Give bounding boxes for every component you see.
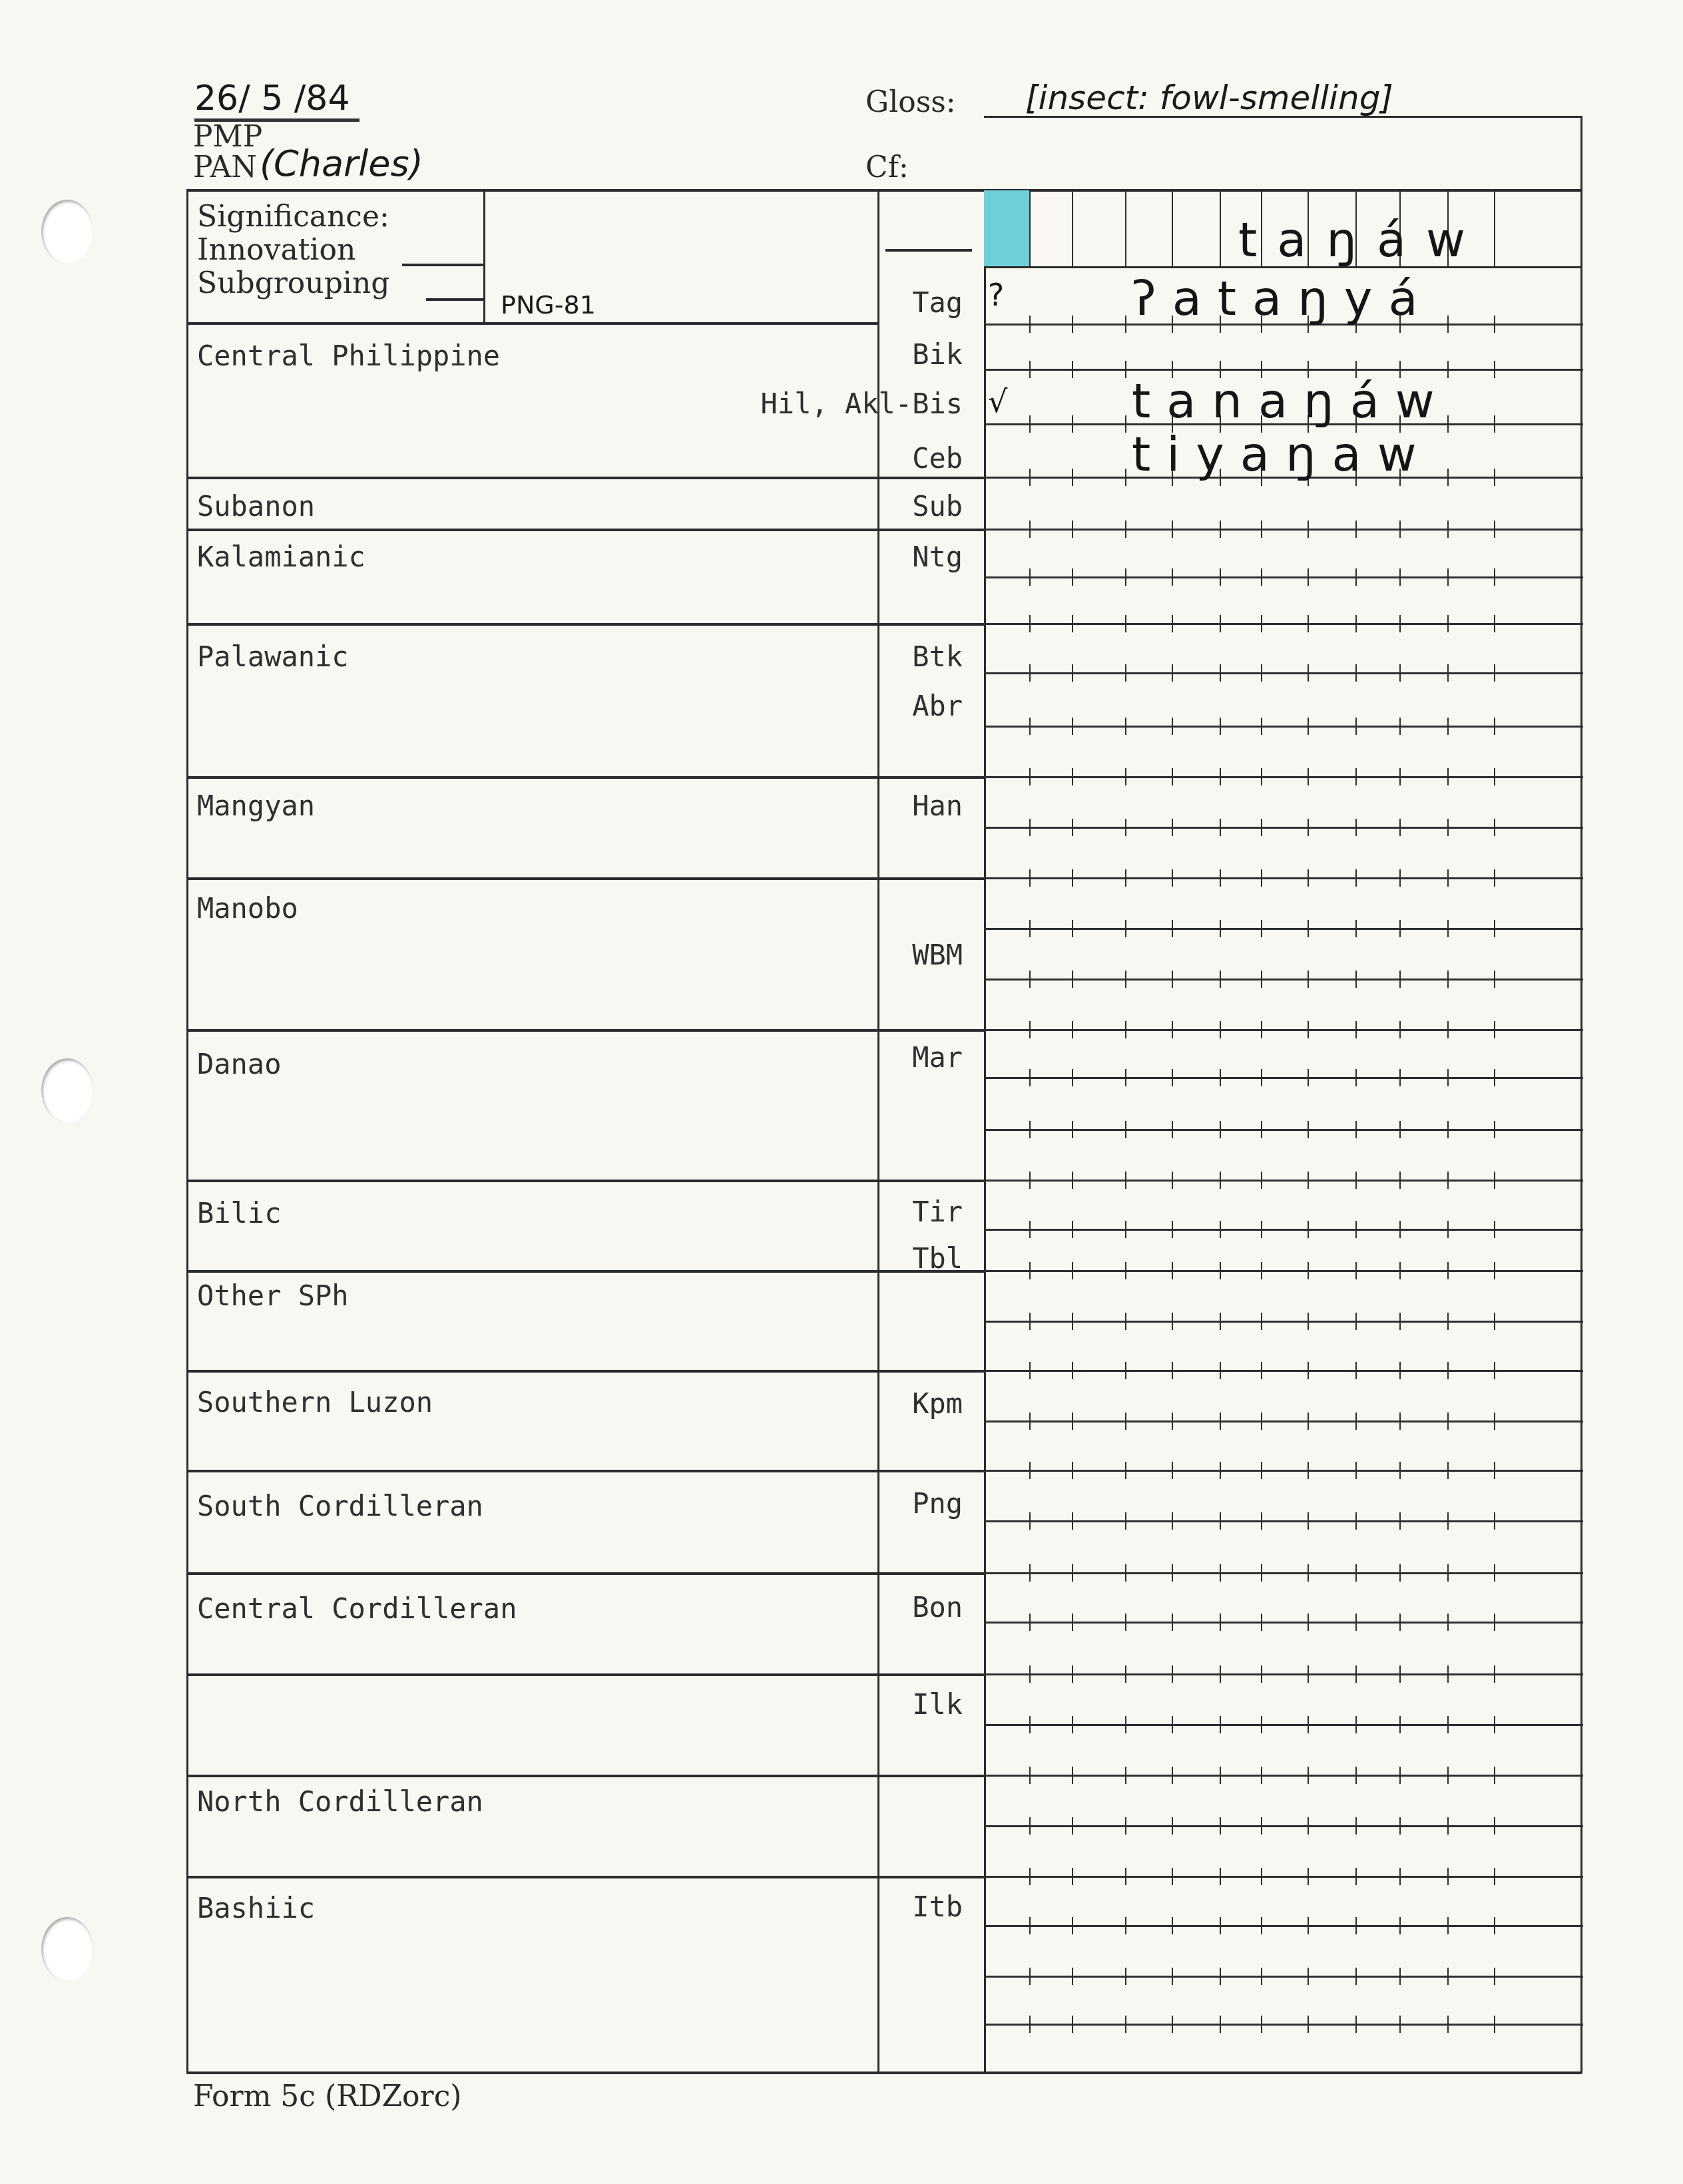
letter-tick [1261,1121,1262,1138]
letter-tick [1125,1362,1126,1379]
group-north-cordilleran: North Cordilleran [197,1785,483,1818]
letter-tick [1029,920,1031,937]
letter-tick [1399,1462,1401,1479]
letter-tick [1125,768,1126,785]
reconstruction-highlight-cell [984,190,1029,268]
letter-tick [1172,1817,1173,1835]
writing-line [984,1520,1583,1522]
letter-tick [1072,568,1073,586]
letter-tick [1125,1917,1126,1934]
letter-tick [1029,1564,1031,1582]
letter-tick [1308,1716,1309,1733]
letter-tick [1125,615,1126,632]
letter-tick [1029,1868,1031,1885]
letter-tick [1172,718,1173,735]
group-southern-luzon: Southern Luzon [197,1386,433,1419]
letter-tick [1172,2016,1173,2033]
letter-tick [1072,1665,1073,1683]
letter-tick [1125,920,1126,937]
letter-tick [1220,1917,1221,1934]
code-tir: Tir [843,1196,963,1228]
letter-tick [1399,971,1401,988]
group-kalamianic: Kalamianic [197,541,365,573]
letter-tick [1447,568,1449,586]
letter-tick [1072,1917,1073,1934]
letter-tick [1308,1069,1309,1086]
reconstruction-cell-divider [1172,190,1173,268]
letter-tick [1447,718,1449,735]
gloss-box-right [1580,116,1582,190]
letter-tick [1220,1564,1221,1582]
letter-tick [1125,415,1126,433]
writing-line [984,1622,1583,1624]
pan-note: (Charles) [260,142,423,184]
letter-tick [1125,1021,1126,1038]
letter-tick [1447,920,1449,937]
code-wbm: WBM [843,939,963,971]
writing-line [984,1470,1583,1472]
letter-tick [1072,1413,1073,1430]
letter-tick [1447,1069,1449,1086]
writing-line [984,1925,1583,1927]
letter-tick [1029,1069,1031,1086]
letter-tick [1447,869,1449,887]
writing-line [984,827,1583,829]
writing-line [984,576,1583,578]
group-divider [186,1470,985,1472]
gloss-value: [insect: fowl-smelling] [1025,79,1393,117]
gloss-underline [984,116,1582,118]
letter-tick [1029,361,1031,378]
letter-tick [1308,1021,1309,1038]
letter-tick [1125,2016,1126,2033]
letter-tick [1220,1313,1221,1330]
letter-tick [1029,664,1031,682]
letter-tick [1172,615,1173,632]
letter-tick [1125,469,1126,486]
form-right-border [1580,189,1582,2073]
letter-tick [1220,920,1221,937]
letter-tick [1399,1564,1401,1582]
group-divider [186,529,985,531]
letter-tick [1261,869,1262,887]
letter-tick [1399,1665,1401,1683]
letter-tick [1494,1069,1495,1086]
code-bon: Bon [843,1591,963,1624]
letter-tick [1172,1172,1173,1189]
writing-line [984,726,1583,728]
letter-tick [1308,615,1309,632]
letter-tick [1494,316,1495,333]
letter-tick [1125,1665,1126,1683]
letter-tick [1220,1021,1221,1038]
letter-tick [1172,1665,1173,1683]
letter-tick [1261,568,1262,586]
letter-tick [1261,1313,1262,1330]
letter-tick [1399,920,1401,937]
significance-divider [483,189,485,324]
letter-tick [1072,521,1073,538]
letter-tick [1072,1614,1073,1631]
letter-tick [1355,2016,1357,2033]
letter-tick [1447,1917,1449,1934]
gloss-label: Gloss: [865,85,956,119]
letter-tick [1220,1121,1221,1138]
letter-tick [1355,1172,1357,1189]
group-divider [186,1876,985,1878]
letter-tick [1172,1413,1173,1430]
letter-tick [1261,1817,1262,1835]
letter-tick [1399,1968,1401,1985]
group-divider [186,1673,985,1676]
letter-tick [1355,718,1357,735]
letter-tick [1494,1413,1495,1430]
letter-tick [1029,568,1031,586]
letter-tick [1261,1021,1262,1038]
letter-tick [1220,768,1221,785]
pan-label: PAN [193,150,257,184]
letter-tick [1308,1817,1309,1835]
letter-tick [1308,1121,1309,1138]
letter-tick [1172,1716,1173,1733]
letter-tick [1308,1767,1309,1784]
letter-tick [1072,1462,1073,1479]
letter-tick [1399,1917,1401,1934]
reconstruction-cell-divider [1220,190,1221,268]
letter-tick [1172,521,1173,538]
writing-line [984,877,1583,879]
letter-tick [1029,469,1031,486]
letter-tick [1308,1614,1309,1631]
code-grid-divider [984,189,986,2073]
letter-tick [1261,521,1262,538]
group-bilic: Bilic [197,1197,281,1229]
letter-tick [1447,469,1449,486]
letter-tick [1494,1716,1495,1733]
form-top-border [186,189,1582,192]
letter-tick [1355,1413,1357,1430]
letter-tick [1172,1968,1173,1985]
letter-tick [1494,1313,1495,1330]
letter-tick [1172,1121,1173,1138]
code-kpm: Kpm [843,1387,963,1420]
group-divider [186,1029,985,1032]
letter-tick [1399,568,1401,586]
form-left-border [186,189,188,2073]
group-divider [186,877,985,880]
letter-tick [1072,718,1073,735]
letter-tick [1172,1767,1173,1784]
letter-tick [1355,1614,1357,1631]
writing-line [984,1270,1583,1272]
letter-tick [1494,869,1495,887]
code-hil-akl-bis: Hil, Akl-Bis [710,387,963,420]
entry-tag-mark: ? [988,277,1004,313]
letter-tick [1029,2016,1031,2033]
letter-tick [1494,521,1495,538]
letter-tick [1447,521,1449,538]
letter-tick [1447,1121,1449,1138]
writing-line [984,979,1583,981]
letter-tick [1494,415,1495,433]
reconstruction-cell-divider [1029,190,1031,268]
letter-tick [1029,1462,1031,1479]
cf-label: Cf: [865,150,909,184]
letter-tick [1261,1462,1262,1479]
letter-tick [1447,768,1449,785]
entry-hil-mark: √ [988,383,1007,419]
letter-tick [1308,1413,1309,1430]
letter-tick [1308,971,1309,988]
letter-tick [1261,718,1262,735]
date: 26/ 5 /84 [194,79,360,122]
letter-tick [1355,1968,1357,1985]
letter-tick [1494,718,1495,735]
letter-tick [1399,1313,1401,1330]
letter-tick [1308,819,1309,836]
letter-tick [1125,1172,1126,1189]
letter-tick [1355,1817,1357,1835]
letter-tick [1072,768,1073,785]
letter-tick [1172,920,1173,937]
letter-tick [1308,1917,1309,1934]
letter-tick [1447,1221,1449,1238]
letter-tick [1029,615,1031,632]
letter-tick [1172,971,1173,988]
letter-tick [1029,1262,1031,1279]
letter-tick [1447,1021,1449,1038]
letter-tick [1447,615,1449,632]
letter-tick [1072,1564,1073,1582]
entry-tag-form: ʔataŋyá [1132,270,1434,326]
significance-reference: PNG-81 [501,290,596,320]
letter-tick [1355,664,1357,682]
letter-tick [1029,521,1031,538]
letter-tick [1308,869,1309,887]
letter-tick [1355,1262,1357,1279]
letter-tick [1355,1221,1357,1238]
letter-tick [1494,1262,1495,1279]
letter-tick [1261,971,1262,988]
code-btk: Btk [843,640,963,673]
letter-tick [1220,664,1221,682]
letter-tick [1355,869,1357,887]
letter-tick [1125,869,1126,887]
letter-tick [1355,768,1357,785]
letter-tick [1261,920,1262,937]
letter-tick [1261,1917,1262,1934]
subgrouping-label: Subgrouping [197,266,389,300]
writing-line [984,1180,1583,1182]
letter-tick [1261,768,1262,785]
code-ilk: Ilk [843,1688,963,1721]
letter-tick [1399,1362,1401,1379]
innovation-label: Innovation [197,233,356,267]
letter-tick [1072,1121,1073,1138]
letter-tick [1172,1512,1173,1530]
letter-tick [1029,1716,1031,1733]
letter-tick [1072,1512,1073,1530]
letter-tick [1261,1221,1262,1238]
letter-tick [1494,615,1495,632]
subgrouping-blank[interactable] [426,298,483,301]
letter-tick [1308,664,1309,682]
letter-tick [1029,971,1031,988]
letter-tick [1399,1817,1401,1835]
letter-tick [1172,1221,1173,1238]
letter-tick [1220,1614,1221,1631]
letter-tick [1172,664,1173,682]
letter-tick [1220,1221,1221,1238]
letter-tick [1447,1512,1449,1530]
innovation-blank[interactable] [402,264,483,266]
letter-tick [1172,768,1173,785]
letter-tick [1447,1564,1449,1582]
letter-tick [1261,2016,1262,2033]
letter-tick [1355,1313,1357,1330]
punch-hole-bottom [41,1917,93,1981]
letter-tick [1355,1462,1357,1479]
writing-line [984,1724,1583,1726]
letter-tick [1125,521,1126,538]
letter-tick [1220,2016,1221,2033]
letter-tick [1072,1868,1073,1885]
letter-tick [1308,1313,1309,1330]
letter-tick [1220,971,1221,988]
letter-tick [1355,920,1357,937]
letter-tick [1220,1362,1221,1379]
letter-tick [1494,1512,1495,1530]
code-ceb: Ceb [843,442,963,475]
letter-tick [1399,768,1401,785]
letter-tick [1399,1716,1401,1733]
letter-tick [1072,1069,1073,1086]
letter-tick [1220,615,1221,632]
letter-tick [1125,568,1126,586]
letter-tick [1220,1262,1221,1279]
group-manobo: Manobo [197,892,298,925]
letter-tick [1172,1462,1173,1479]
letter-tick [1399,1413,1401,1430]
code-png: Png [843,1487,963,1520]
letter-tick [1172,1362,1173,1379]
code-header-dash [885,249,972,252]
letter-tick [1494,971,1495,988]
writing-line [984,1572,1583,1574]
letter-tick [1125,664,1126,682]
letter-tick [1072,316,1073,333]
letter-tick [1029,1313,1031,1330]
significance-bottom [186,322,879,325]
letter-tick [1447,1462,1449,1479]
letter-tick [1399,615,1401,632]
punch-hole-top [41,200,93,264]
letter-tick [1072,1817,1073,1835]
letter-tick [1308,2016,1309,2033]
letter-tick [1494,1968,1495,1985]
letter-tick [1399,664,1401,682]
letter-tick [1447,819,1449,836]
group-other-sph: Other SPh [197,1279,349,1312]
letter-tick [1447,1614,1449,1631]
letter-tick [1494,361,1495,378]
significance-title: Significance: [197,200,389,234]
letter-tick [1447,2016,1449,2033]
letter-tick [1220,819,1221,836]
letter-tick [1261,1413,1262,1430]
letter-tick [1172,1564,1173,1582]
group-divider [186,1572,985,1575]
letter-tick [1172,1917,1173,1934]
letter-tick [1172,1614,1173,1631]
letter-tick [1072,1172,1073,1189]
reconstruction-cell-divider [1494,190,1495,268]
letter-tick [1355,1069,1357,1086]
letter-tick [1072,819,1073,836]
letter-tick [1220,869,1221,887]
letter-tick [1308,1868,1309,1885]
letter-tick [1355,1917,1357,1934]
letter-tick [1494,1172,1495,1189]
group-danao: Danao [197,1048,281,1080]
letter-tick [1172,1868,1173,1885]
letter-tick [1125,1313,1126,1330]
letter-tick [1220,1069,1221,1086]
letter-tick [1125,1614,1126,1631]
writing-line [984,1229,1583,1231]
reconstruction-form: taŋáw [1238,212,1485,268]
letter-tick [1308,1362,1309,1379]
letter-tick [1355,568,1357,586]
letter-tick [1220,1172,1221,1189]
letter-tick [1072,1767,1073,1784]
letter-tick [1447,1868,1449,1885]
code-han: Han [843,789,963,822]
group-bashiic: Bashiic [197,1892,315,1924]
letter-tick [1125,1069,1126,1086]
letter-tick [1029,1512,1031,1530]
letter-tick [1261,1564,1262,1582]
letter-tick [1494,1917,1495,1934]
letter-tick [1072,469,1073,486]
letter-tick [1355,1021,1357,1038]
letter-tick [1494,568,1495,586]
letter-tick [1355,1362,1357,1379]
code-tag: Tag [843,286,963,319]
letter-tick [1447,1968,1449,1985]
letter-tick [1072,1362,1073,1379]
letter-tick [1261,664,1262,682]
letter-tick [1029,1767,1031,1784]
group-divider [186,1775,985,1777]
letter-tick [1220,568,1221,586]
letter-tick [1029,1817,1031,1835]
letter-tick [1494,920,1495,937]
letter-tick [1072,361,1073,378]
letter-tick [1072,415,1073,433]
letter-tick [1261,1767,1262,1784]
entry-hil-form: tanaŋáw [1132,373,1451,429]
letter-tick [1355,1121,1357,1138]
letter-tick [1447,1665,1449,1683]
letter-tick [1125,1221,1126,1238]
letter-tick [1261,1968,1262,1985]
group-divider [186,776,985,779]
letter-tick [1072,2016,1073,2033]
letter-tick [1399,521,1401,538]
letter-tick [1447,1172,1449,1189]
letter-tick [1308,1172,1309,1189]
